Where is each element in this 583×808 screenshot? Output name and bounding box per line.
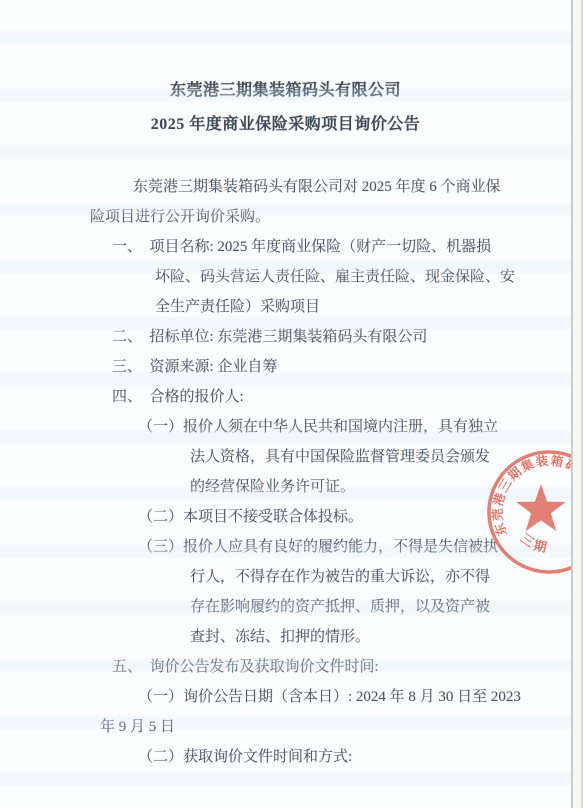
page-right-edge [573,0,583,808]
scanned-document-page: 东莞港三期集装箱码头有限公司 2025 年度商业保险采购项目询价公告 东莞港三期… [0,0,573,808]
document-line: 三、 资源来源: 企业自筹 [0,352,571,382]
document-line: 全生产责任险）采购项目 [0,292,571,322]
seal-star-icon [516,484,565,531]
document-line: 二、 招标单位: 东莞港三期集装箱码头有限公司 [0,322,571,352]
company-seal-stamp: 东莞港三期集装箱码头有限公司 三期 [486,449,573,581]
document-line: （二）获取询价文件时间和方式: [0,742,571,772]
document-line: 四、 合格的报价人: [0,382,571,412]
document-line: 年 9 月 5 日 [0,712,571,742]
document-title-company: 东莞港三期集装箱码头有限公司 [0,0,571,108]
document-line: 坏险、码头营运人责任险、雇主责任险、现金保险、安 [0,262,571,292]
document-line: 五、 询价公告发布及获取询价文件时间: [0,652,571,682]
document-line: （一）询价公告日期（含本日）: 2024 年 8 月 30 日至 2023 [0,682,571,712]
document-line: 查封、冻结、扣押的情形。 [0,622,571,652]
document-line: 险项目进行公开询价采购。 [0,202,571,232]
document-line: （一）报价人须在中华人民共和国境内注册，具有独立 [0,412,571,442]
seal-bottom-text: 三期 [518,530,551,555]
document-title-notice: 2025 年度商业保险采购项目询价公告 [0,108,571,142]
document-line: 一、 项目名称: 2025 年度商业保险（财产一切险、机器损 [0,232,571,262]
document-line: 存在影响履约的资产抵押、质押，以及资产被 [0,592,571,622]
document-line: 东莞港三期集装箱码头有限公司对 2025 年度 6 个商业保 [0,172,571,202]
